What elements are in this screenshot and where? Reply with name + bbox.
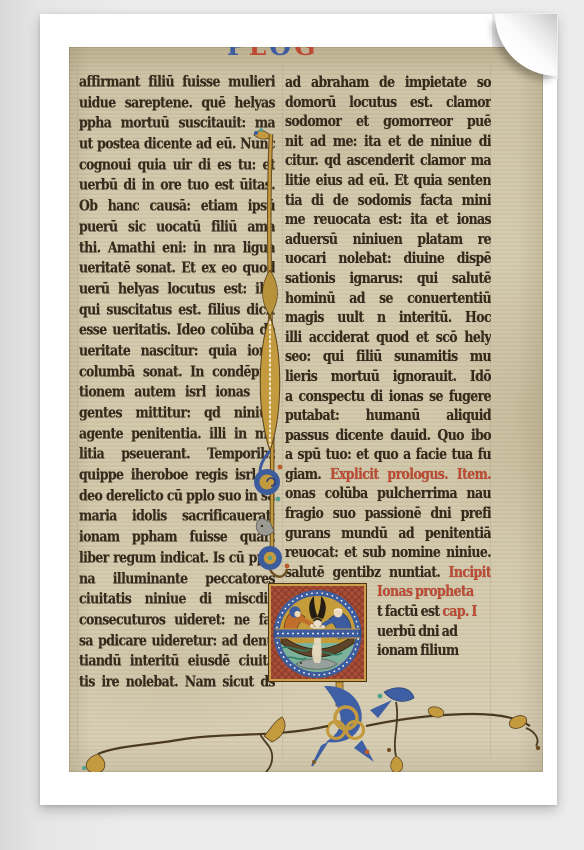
body-text: passus dicente dauid. Quo ibo bbox=[285, 425, 491, 443]
running-title-letter: L bbox=[249, 47, 270, 59]
body-text: ppha mortuū suscitauit: ma bbox=[79, 114, 275, 132]
body-text: illi acciderat quod et scō hely bbox=[285, 327, 491, 345]
body-text: seo: qui filiū sunamitis mu bbox=[285, 347, 491, 365]
body-text: reuocat: et sub nomine niniue. bbox=[285, 543, 491, 561]
rubric-text: Incipit bbox=[449, 562, 491, 580]
body-text: hominū ad se conuertentiū bbox=[285, 288, 491, 306]
body-text: sationis ignarus: qui salutē bbox=[285, 269, 491, 287]
body-text: uerbū di in ore tuo est ūitas. bbox=[79, 176, 275, 194]
body-text: sodomor et gomorreor puē bbox=[285, 112, 491, 130]
running-title-letter: P bbox=[227, 47, 249, 59]
running-title-letter: G bbox=[294, 47, 318, 59]
body-text: putabat: humanū aliquid bbox=[285, 406, 491, 424]
body-text: uerū helyas locutus est: ille bbox=[79, 279, 275, 297]
body-text: tionem autem isrl ionas ad bbox=[79, 383, 275, 401]
body-text: ueritate nascitur: quia iona bbox=[79, 341, 275, 359]
body-text: tiandū interitū eiusdē ciuita bbox=[79, 652, 275, 670]
body-text: ionam ppham fuisse quart bbox=[79, 528, 275, 546]
body-text: sa pdicare uideretur: ad denū bbox=[79, 631, 275, 649]
body-text: t factū est bbox=[377, 602, 442, 620]
vine-flourish-icon bbox=[74, 682, 543, 772]
body-text: litia pseuerant. Temporibz bbox=[79, 445, 275, 463]
body-text: puerū sic uocatū filiū ama bbox=[79, 217, 275, 235]
body-text: affirmant filiū fuisse mulieri bbox=[79, 72, 275, 90]
body-text: me reuocata est: ita et ionas bbox=[285, 210, 491, 228]
product-mockup-background: { "colors": { "bg": "#e9e9e9", "sheet": … bbox=[0, 0, 584, 850]
body-text: agente penitentia. illi in ma bbox=[79, 424, 275, 442]
body-text: ad abraham de impietate so bbox=[285, 73, 491, 91]
body-text: na illuminante peccatores bbox=[79, 569, 275, 587]
body-text: ciuitatis niniue di miscdiā bbox=[79, 590, 275, 608]
body-text: fragio suo passionē dni prefi bbox=[285, 504, 491, 522]
running-title: PLOG' bbox=[219, 47, 337, 64]
text-line: ionam filium bbox=[377, 638, 491, 661]
body-text: deo derelicto cū pplo suo in sa bbox=[79, 486, 275, 504]
body-text: liber regum indicat. Is cū pplr bbox=[79, 548, 275, 566]
body-text: nit ad me: ita et de niniue di bbox=[285, 131, 491, 149]
bar-ornament-icon bbox=[250, 120, 290, 584]
body-text: Ob hanc causā: etiam ipsū bbox=[79, 197, 275, 215]
running-title-letter: O bbox=[269, 47, 294, 59]
rubric-text: cap. I bbox=[442, 602, 476, 620]
rubric-text: Explicit prologus. Item. bbox=[330, 464, 491, 482]
body-text: giam. bbox=[285, 464, 330, 482]
body-text: consecuturos uideret: ne fal bbox=[79, 610, 275, 628]
body-text: salutē gentibz nuntiat. bbox=[285, 562, 449, 580]
body-text: onas colūba pulcherrima nau bbox=[285, 484, 491, 502]
body-text: litie eius ad eū. Et quia senten bbox=[285, 171, 491, 189]
body-text: gentes mittitur: qd niniue bbox=[79, 403, 275, 421]
body-text: lieris mortuū ignorauit. Idō bbox=[285, 367, 491, 385]
ruling-line bbox=[77, 67, 78, 757]
body-text: tia di de sodomis facta mini bbox=[285, 190, 491, 208]
body-text: a spū tuo: et quo a facie tua fu bbox=[285, 445, 491, 463]
body-text: qui suscitatus est. filius dicit bbox=[79, 300, 275, 318]
body-text: quippe iheroboe regis isrl. q bbox=[79, 466, 275, 484]
body-text: cognoui quia uir di es tu: et bbox=[79, 155, 275, 173]
body-text: uerbū dni ad bbox=[377, 621, 457, 639]
rubric-text: Ionas propheta bbox=[377, 582, 474, 600]
body-text: aduersū niniuen platam re bbox=[285, 229, 491, 247]
body-text: a conspectu di ionas se fugere bbox=[285, 386, 491, 404]
body-text: gurans mundū ad penitentiā bbox=[285, 523, 491, 541]
running-title-letter: ' bbox=[318, 47, 329, 59]
body-text: domorū locutus est. clamor bbox=[285, 92, 491, 110]
print-sheet: PLOG' affirmant filiū fuisse mulieriuidu… bbox=[40, 14, 557, 805]
body-text: uocari nolebat: diuine dispē bbox=[285, 249, 491, 267]
manuscript-page-photo: PLOG' affirmant filiū fuisse mulieriuidu… bbox=[69, 47, 543, 772]
body-text: ut postea dicente ad eū. Nunc bbox=[79, 135, 275, 153]
body-text: maria idolis sacrificauerat: bbox=[79, 507, 275, 525]
column-left: affirmant filiū fuisse mulieriuidue sare… bbox=[79, 72, 275, 693]
body-text: thi. Amathi eni: in nra ligua bbox=[79, 238, 275, 256]
body-text: columbā sonat. In condēpna bbox=[79, 362, 275, 380]
body-text: ionam filium bbox=[377, 641, 459, 659]
column-right: ad abraham de impietate sodomorū locutus… bbox=[285, 72, 491, 660]
body-text: magis uult n interitū. Hoc bbox=[285, 308, 491, 326]
historiated-initial-e bbox=[268, 583, 367, 682]
body-text: uidue sareptene. quē helyas bbox=[79, 93, 275, 111]
body-text: citur. qd ascenderit clamor ma bbox=[285, 151, 491, 169]
body-text: ueritatē sonat. Et ex eo quod bbox=[79, 259, 275, 277]
body-text: esse ueritatis. Ideo colūba de bbox=[79, 321, 275, 339]
